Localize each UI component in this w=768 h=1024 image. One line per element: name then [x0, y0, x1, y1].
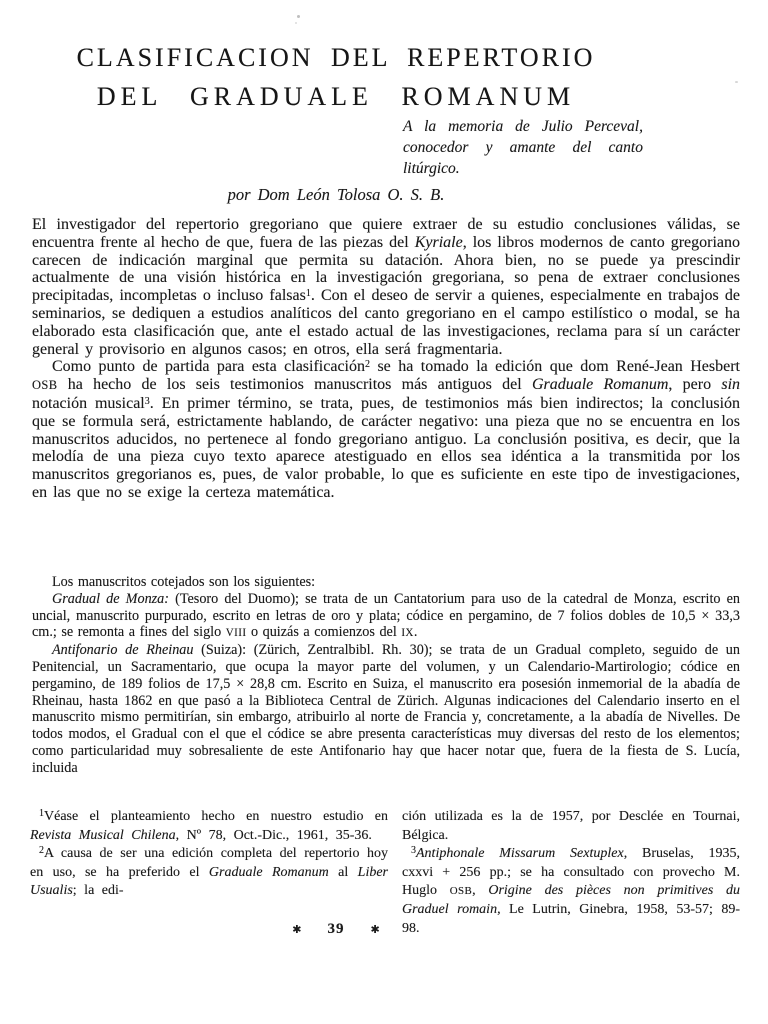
footnote-column-right: ción utilizada es la de 1957, por Desclé…: [402, 808, 740, 938]
scan-artifact: [735, 81, 738, 83]
page-footer: ✱ 39 ✱: [30, 921, 642, 938]
manuscripts-section: Los manuscritos cotejados son los siguie…: [32, 574, 740, 777]
footnote-2-part-2: ción utilizada es la de 1957, por Desclé…: [402, 808, 740, 845]
title-line-2: DEL GRADUALE ROMANUM: [30, 83, 642, 111]
scan-artifact: [295, 22, 297, 24]
byline: por Dom León Tolosa O. S. B.: [30, 185, 642, 205]
title-line-1: CLASIFICACION DEL REPERTORIO: [30, 44, 642, 72]
manuscript-entry-monza: Gradual de Monza: (Tesoro del Duomo); se…: [32, 591, 740, 642]
asterisk-icon: ✱: [371, 923, 380, 937]
dedication: A la memoria de Julio Perceval, conocedo…: [403, 116, 643, 179]
footnote-2-part-1: 2A causa de ser una edición completa del…: [30, 845, 388, 901]
asterisk-icon: ✱: [292, 923, 301, 937]
article-title: CLASIFICACION DEL REPERTORIO DEL GRADUAL…: [30, 44, 642, 111]
paragraph-2: Como punto de partida para esta clasific…: [32, 358, 740, 501]
page-number: 39: [328, 921, 345, 938]
manuscript-entry-rheinau: Antifonario de Rheinau (Suiza): (Zürich,…: [32, 642, 740, 776]
scanned-article-page: CLASIFICACION DEL REPERTORIO DEL GRADUAL…: [0, 0, 768, 1024]
scan-artifact: [297, 15, 300, 18]
footnote-column-left: 1Véase el planteamiento hecho en nuestro…: [30, 808, 388, 938]
footnote-1: 1Véase el planteamiento hecho en nuestro…: [30, 808, 388, 845]
manuscripts-intro: Los manuscritos cotejados son los siguie…: [32, 574, 740, 591]
paragraph-1: El investigador del repertorio gregorian…: [32, 216, 740, 358]
article-body: El investigador del repertorio gregorian…: [32, 216, 740, 502]
footnotes-section: 1Véase el planteamiento hecho en nuestro…: [30, 808, 740, 938]
